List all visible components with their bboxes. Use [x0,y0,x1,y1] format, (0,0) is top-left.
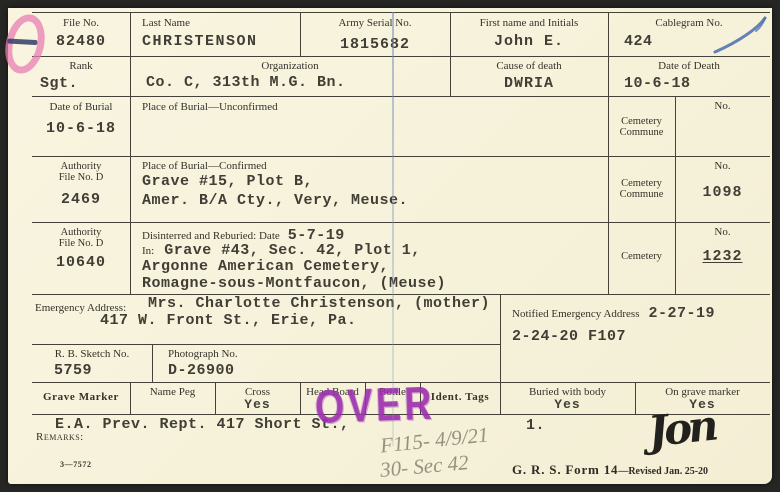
grid-line [32,56,770,57]
form-name: G. R. S. Form 14 [512,462,618,477]
confirmed-line1: Grave #15, Plot B, [142,173,313,190]
date-of-burial-label: Date of Burial [32,101,130,113]
form-identifier-line: G. R. S. Form 14—Revised Jan. 25-20 [512,461,708,479]
cemetery-label: Cemetery [608,251,675,262]
grid-line [130,156,131,222]
signature: Jon [646,401,717,457]
grs-form-14-card: File No. 82480 Last Name CHRISTENSON Arm… [8,8,772,484]
organization-value: Co. C, 313th M.G. Bn. [146,74,346,91]
remarks-label: Remarks: [36,431,84,443]
grid-line [32,222,770,223]
file-no-value: 82480 [32,33,130,50]
emergency-address-line2: 417 W. Front St., Erie, Pa. [100,312,357,329]
authority-file-value: 10640 [32,254,130,271]
grid-line [32,156,770,157]
name-peg-label: Name Peg [130,386,215,398]
first-name-value: John E. [450,33,608,50]
photograph-label: Photograph No. [168,348,238,360]
cemetery-commune-label: Cemetery Commune [608,116,675,138]
rank-label: Rank [32,60,130,72]
date-of-death-value: 10-6-18 [624,75,691,92]
no-label: No. [675,160,770,172]
first-name-label: First name and Initials [450,17,608,29]
file-no-label: File No. [32,17,130,29]
fold-crease-line [392,12,394,446]
notified-date1: 2-27-19 [649,305,716,322]
cemetery-commune-label: Cemetery Commune [608,178,675,200]
over-stamp: OVER [314,376,436,435]
grid-line [130,96,131,156]
notified-label: Notified Emergency Address [512,308,640,320]
no-label: No. [675,226,770,238]
scanned-burial-card-screenshot: File No. 82480 Last Name CHRISTENSON Arm… [0,0,780,492]
last-name-label: Last Name [142,17,190,29]
date-of-death-label: Date of Death [608,60,770,72]
in-label: In: [142,245,154,257]
reburied-commune: Romagne-sous-Montfaucon, (Meuse) [142,275,446,292]
commune-no-value: 1098 [675,184,770,201]
rb-sketch-value: 5759 [54,362,92,379]
form-revision: —Revised Jan. 25-20 [618,466,708,477]
typed-one: 1. [526,417,545,434]
form-print-number: 3—7572 [60,460,92,469]
organization-label: Organization [130,60,450,72]
army-serial-label: Army Serial No. [300,17,450,29]
grid-line [152,344,153,382]
grid-line [32,344,500,345]
notified-date2: 2-24-20 F107 [512,328,626,345]
grid-line [130,12,131,56]
grave-marker-label: Grave Marker [32,391,130,403]
grid-line [500,294,501,382]
photograph-value: D-26900 [168,362,235,379]
last-name-value: CHRISTENSON [142,33,258,50]
grid-line [130,222,131,294]
ea-prev-rept-line: E.A. Prev. Rept. 417 Short St., [55,416,350,433]
confirmed-line2: Amer. B/A Cty., Very, Meuse. [142,192,408,209]
reburied-grave: Grave #43, Sec. 42, Plot 1, [164,242,421,259]
cemetery-no-value: 1232 [675,248,770,265]
no-label: No. [675,100,770,112]
buried-with-body-value: Yes [500,397,635,412]
reburied-in-line: In: Grave #43, Sec. 42, Plot 1, [142,241,421,259]
place-confirmed-label: Place of Burial—Confirmed [142,160,267,172]
authority-file-label: Authority File No. D [32,227,130,249]
grid-line [32,96,770,97]
cross-value: Yes [215,397,300,412]
notified-line1: Notified Emergency Address 2-27-19 [512,304,715,322]
pen-check-mark [708,14,770,60]
emergency-address-line1: Mrs. Charlotte Christenson, (mother) [148,295,490,312]
pen-dash-mark [7,39,37,46]
grid-line [32,12,770,13]
cause-of-death-value: DWRIA [450,75,608,92]
rb-sketch-label: R. B. Sketch No. [32,348,152,360]
rank-value: Sgt. [40,75,78,92]
cause-of-death-label: Cause of death [450,60,608,72]
authority-file-value: 2469 [32,191,130,208]
reburied-cemetery: Argonne American Cemetery, [142,258,389,275]
cablegram-value: 424 [624,33,653,50]
date-of-burial-value: 10-6-18 [32,120,130,137]
army-serial-value: 1815682 [300,36,450,53]
authority-file-label: Authority File No. D [32,161,130,183]
place-unconfirmed-label: Place of Burial—Unconfirmed [142,101,278,113]
